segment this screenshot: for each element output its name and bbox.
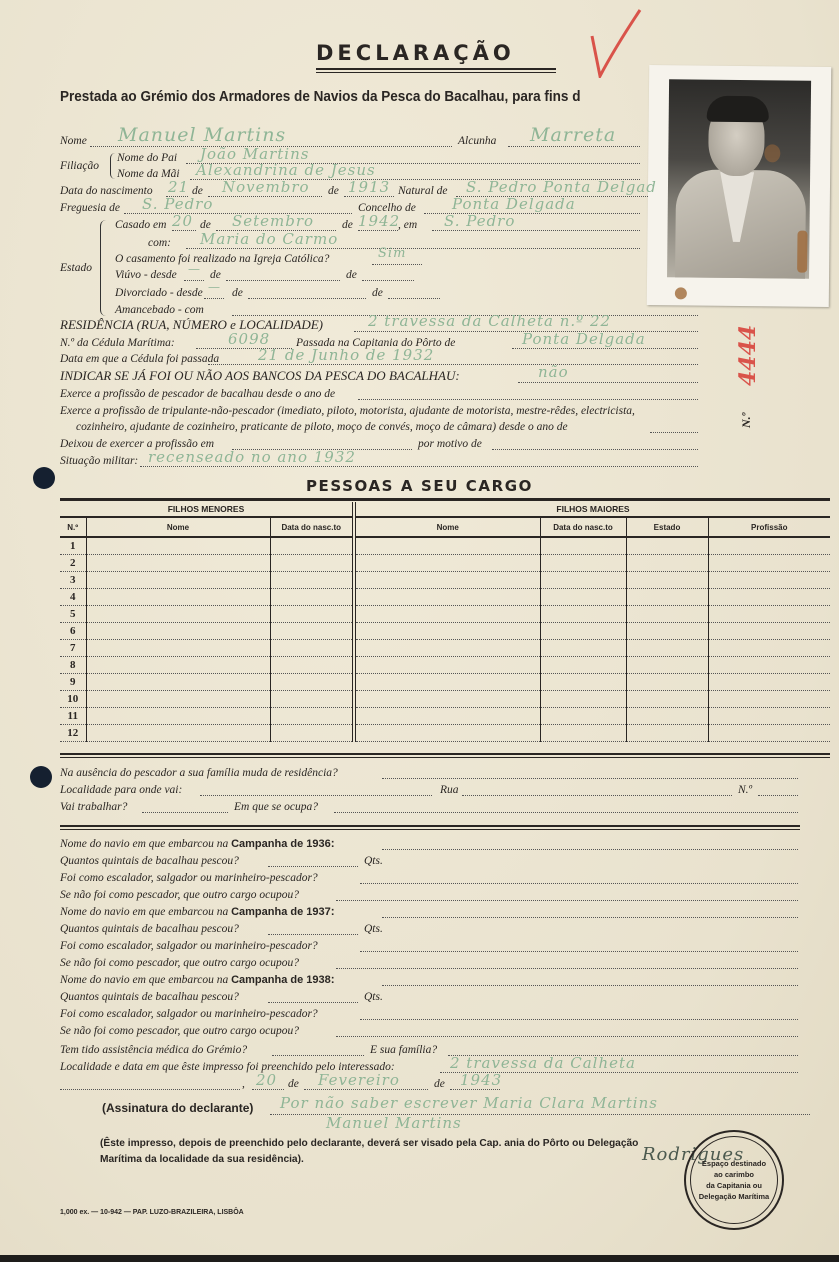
cedula-label: N.º da Cédula Marítima:	[60, 336, 175, 352]
table-cell[interactable]	[270, 571, 354, 588]
col-nome-maiores: Nome	[354, 517, 540, 537]
table-cell[interactable]	[540, 724, 626, 741]
row-number: 2	[60, 554, 86, 571]
register-number-value: 4444	[735, 325, 761, 386]
register-number: N.º 4444	[735, 310, 765, 430]
outro-cargo-label: Se não foi como pescador, que outro carg…	[60, 956, 299, 972]
quintais-label: Quantos quintais de bacalhau pescou?	[60, 990, 239, 1006]
igreja-value[interactable]: Sim	[378, 246, 406, 261]
table-row: 6	[60, 622, 830, 639]
table-row: 2	[60, 554, 830, 571]
alcunha-value[interactable]: Marreta	[530, 124, 616, 146]
table-row: 9	[60, 673, 830, 690]
quintais-field[interactable]	[268, 1002, 358, 1003]
data-year[interactable]: 1943	[460, 1071, 502, 1089]
outro-cargo-field[interactable]	[336, 1036, 798, 1037]
table-cell[interactable]	[86, 605, 270, 622]
quintais-field[interactable]	[268, 866, 358, 867]
row-number: 3	[60, 571, 86, 588]
table-cell[interactable]	[86, 656, 270, 673]
casado-label: Casado em	[115, 218, 166, 234]
table-cell[interactable]	[354, 707, 540, 724]
outro-cargo-field[interactable]	[336, 900, 798, 901]
table-cell[interactable]	[86, 639, 270, 656]
table-row: 1	[60, 537, 830, 554]
data-day[interactable]: 20	[256, 1071, 277, 1089]
table-cell[interactable]	[708, 605, 830, 622]
table-cell[interactable]	[708, 707, 830, 724]
table-cell[interactable]	[626, 707, 708, 724]
table-row: 3	[60, 571, 830, 588]
escalador-label: Foi como escalador, salgador ou marinhei…	[60, 939, 318, 955]
assinatura-label: (Assinatura do declarante)	[102, 1101, 253, 1117]
table-cell[interactable]	[270, 724, 354, 741]
nome-label: Nome	[60, 134, 87, 150]
table-cell[interactable]	[354, 537, 540, 554]
table-cell[interactable]	[626, 588, 708, 605]
escalador-label: Foi como escalador, salgador ou marinhei…	[60, 1007, 318, 1023]
estado-label: Estado	[60, 261, 92, 277]
escalador-field[interactable]	[360, 951, 798, 952]
table-cell[interactable]	[270, 639, 354, 656]
data-cedula-value[interactable]: 21 de Junho de 1932	[258, 346, 434, 364]
table-cell[interactable]	[86, 622, 270, 639]
assistencia-label: Tem tido assistência médica do Grémio?	[60, 1043, 247, 1059]
table-row: 4	[60, 588, 830, 605]
militar-value[interactable]: recenseado no ano 1932	[148, 448, 356, 466]
row-number: 11	[60, 707, 86, 724]
table-cell[interactable]	[270, 707, 354, 724]
escalador-label: Foi como escalador, salgador ou marinhei…	[60, 871, 318, 887]
outro-cargo-label: Se não foi como pescador, que outro carg…	[60, 888, 299, 904]
row-number: 5	[60, 605, 86, 622]
casado-month[interactable]: Setembro	[232, 212, 314, 230]
quintais-label: Quantos quintais de bacalhau pescou?	[60, 854, 239, 870]
table-cell[interactable]	[540, 639, 626, 656]
table-cell[interactable]	[708, 571, 830, 588]
natural-label: Natural de	[398, 184, 448, 200]
residencia-label: RESIDÊNCIA (RUA, NÚMERO e LOCALIDADE)	[60, 318, 323, 334]
pai-label: Nome do Pai	[117, 151, 177, 167]
red-check-mark-icon	[586, 6, 646, 78]
navio-label: Nome do navio em que embarcou na Campanh…	[60, 837, 335, 853]
militar-label: Situação militar:	[60, 454, 138, 470]
navio-label: Nome do navio em que embarcou na Campanh…	[60, 905, 335, 921]
table-cell[interactable]	[626, 724, 708, 741]
concelho-value[interactable]: Ponta Delgada	[452, 195, 576, 213]
bancos-label: INDICAR SE JÁ FOI OU NÃO AOS BANCOS DA P…	[60, 369, 460, 385]
table-cell[interactable]	[354, 588, 540, 605]
table-cell[interactable]	[626, 571, 708, 588]
mae-value[interactable]: Alexandrina de Jesus	[196, 161, 376, 179]
table-cell[interactable]	[540, 605, 626, 622]
table-cell[interactable]	[540, 537, 626, 554]
table-cell[interactable]	[540, 707, 626, 724]
table-cell[interactable]	[86, 571, 270, 588]
table-cell[interactable]	[540, 554, 626, 571]
table-cell[interactable]	[626, 639, 708, 656]
table-cell[interactable]	[270, 554, 354, 571]
table-cell[interactable]	[354, 724, 540, 741]
row-number: 1	[60, 537, 86, 554]
viuvo-label: Viúvo - desde	[115, 268, 177, 284]
localidade-label: Localidade para onde vai:	[60, 783, 182, 799]
row-number: 12	[60, 724, 86, 741]
table-cell[interactable]	[354, 554, 540, 571]
dependents-table: FILHOS MENORES FILHOS MAIORES N.º Nome D…	[60, 502, 830, 742]
table-cell[interactable]	[626, 605, 708, 622]
table-cell[interactable]	[270, 656, 354, 673]
escalador-field[interactable]	[360, 883, 798, 884]
freguesia-value[interactable]: S. Pedro	[142, 195, 213, 213]
declaration-form: DECLARAÇÃO Prestada ao Grémio dos Armado…	[0, 0, 839, 1255]
table-row: 10	[60, 690, 830, 707]
col-data-menores: Data do nasc.to	[270, 517, 354, 537]
row-number: 9	[60, 673, 86, 690]
section-title-cargo: PESSOAS A SEU CARGO	[0, 477, 839, 495]
table-cell[interactable]	[708, 724, 830, 741]
freguesia-label: Freguesia de	[60, 201, 120, 217]
nasc-year[interactable]: 1913	[348, 178, 390, 196]
outro-cargo-field[interactable]	[336, 968, 798, 969]
table-cell[interactable]	[86, 537, 270, 554]
table-cell[interactable]	[540, 588, 626, 605]
table-cell[interactable]	[354, 622, 540, 639]
table-cell[interactable]	[708, 639, 830, 656]
table-cell[interactable]	[86, 588, 270, 605]
table-row: 12	[60, 724, 830, 741]
filiacao-label: Filiação	[60, 159, 99, 175]
col-estado: Estado	[626, 517, 708, 537]
table-cell[interactable]	[86, 707, 270, 724]
data-cedula-label: Data em que a Cédula foi passada	[60, 352, 219, 368]
residencia-value[interactable]: 2 travessa da Calheta n.º 22	[368, 312, 611, 330]
table-cell[interactable]	[540, 656, 626, 673]
table-cell[interactable]	[540, 571, 626, 588]
row-number: 7	[60, 639, 86, 656]
footnote: (Êste impresso, depois de preenchido pel…	[100, 1136, 660, 1168]
divorciado-label: Divorciado - desde	[115, 286, 203, 302]
table-cell[interactable]	[708, 554, 830, 571]
row-number: 10	[60, 690, 86, 707]
punch-hole	[30, 766, 52, 788]
printer-imprint: 1,000 ex. — 10-942 — PAP. LUZO-BRAZILEIR…	[60, 1209, 244, 1216]
quintais-field[interactable]	[268, 934, 358, 935]
navio-field[interactable]	[382, 985, 798, 986]
page-title: DECLARAÇÃO	[316, 41, 515, 65]
header-filhos-maiores: FILHOS MAIORES	[354, 502, 830, 517]
table-cell[interactable]	[270, 588, 354, 605]
muda-label: Na ausência do pescador a sua família mu…	[60, 766, 338, 782]
table-cell[interactable]	[354, 656, 540, 673]
data-month[interactable]: Fevereiro	[318, 1071, 400, 1089]
alcunha-label: Alcunha	[458, 134, 496, 150]
assinatura-value[interactable]: Por não saber escrever Maria Clara Marti…	[280, 1094, 658, 1112]
table-cell[interactable]	[354, 571, 540, 588]
table-cell[interactable]	[708, 588, 830, 605]
table-cell[interactable]	[270, 605, 354, 622]
table-row: 8	[60, 656, 830, 673]
casado-day[interactable]: 20	[172, 212, 193, 230]
igreja-label: O casamento foi realizado na Igreja Cató…	[115, 252, 329, 268]
tripulante-label: Exerce a profissão de tripulante-não-pes…	[60, 404, 635, 420]
form-subtitle: Prestada ao Grémio dos Armadores de Navi…	[60, 89, 580, 105]
table-cell[interactable]	[708, 690, 830, 707]
col-numero: N.º	[60, 517, 86, 537]
natural-value[interactable]: S. Pedro Ponta Delgad	[466, 178, 657, 196]
table-cell[interactable]	[626, 673, 708, 690]
col-data-maiores: Data do nasc.to	[540, 517, 626, 537]
table-cell[interactable]	[270, 690, 354, 707]
nasc-day[interactable]: 21	[168, 178, 189, 196]
table-cell[interactable]	[354, 690, 540, 707]
casado-year[interactable]: 1942	[358, 212, 400, 230]
table-cell[interactable]	[86, 690, 270, 707]
pescador-label: Exerce a profissão de pescador de bacalh…	[60, 387, 335, 403]
table-cell[interactable]	[270, 622, 354, 639]
table-cell[interactable]	[540, 690, 626, 707]
row-number: 6	[60, 622, 86, 639]
table-cell[interactable]	[86, 554, 270, 571]
navio-label: Nome do navio em que embarcou na Campanh…	[60, 973, 335, 989]
table-cell[interactable]	[626, 537, 708, 554]
table-row: 11	[60, 707, 830, 724]
passada-value[interactable]: Ponta Delgada	[522, 330, 646, 348]
stamp-area: Espaço destinado ao carimbo da Capitania…	[684, 1130, 784, 1230]
scan-border	[0, 1255, 839, 1262]
table-cell[interactable]	[354, 605, 540, 622]
casado-place[interactable]: S. Pedro	[444, 212, 515, 230]
table-cell[interactable]	[708, 537, 830, 554]
table-cell[interactable]	[626, 690, 708, 707]
conjuge-value[interactable]: Maria do Carmo	[200, 230, 338, 248]
outro-cargo-label: Se não foi como pescador, que outro carg…	[60, 1024, 299, 1040]
title-underline	[316, 68, 556, 70]
table-row: 5	[60, 605, 830, 622]
trabalhar-label: Vai trabalhar?	[60, 800, 127, 816]
table-cell[interactable]	[270, 673, 354, 690]
table-cell[interactable]	[354, 639, 540, 656]
navio-field[interactable]	[382, 849, 798, 850]
table-cell[interactable]	[626, 656, 708, 673]
table-cell[interactable]	[270, 537, 354, 554]
table-cell[interactable]	[626, 622, 708, 639]
header-filhos-menores: FILHOS MENORES	[60, 502, 354, 517]
table-cell[interactable]	[86, 673, 270, 690]
navio-field[interactable]	[382, 917, 798, 918]
table-cell[interactable]	[354, 673, 540, 690]
table-row: 7	[60, 639, 830, 656]
table-cell[interactable]	[540, 673, 626, 690]
table-cell[interactable]	[708, 622, 830, 639]
portrait-photo	[647, 65, 832, 307]
col-nome-menores: Nome	[86, 517, 270, 537]
table-cell[interactable]	[86, 724, 270, 741]
localidade-data-value[interactable]: 2 travessa da Calheta	[450, 1054, 636, 1072]
nasc-label: Data do nascimento	[60, 184, 153, 200]
assinatura-nome: Manuel Martins	[326, 1114, 462, 1132]
title-underline-2	[316, 72, 556, 73]
nome-value[interactable]: Manuel Martins	[118, 124, 286, 146]
table-cell[interactable]	[708, 656, 830, 673]
com-label: com:	[148, 236, 171, 252]
row-number: 4	[60, 588, 86, 605]
table-cell[interactable]	[540, 622, 626, 639]
table-cell[interactable]	[708, 673, 830, 690]
bancos-value[interactable]: não	[538, 363, 569, 381]
nasc-month[interactable]: Novembro	[222, 178, 310, 196]
row-number: 8	[60, 656, 86, 673]
table-cell[interactable]	[626, 554, 708, 571]
col-profissao: Profissão	[708, 517, 830, 537]
escalador-field[interactable]	[360, 1019, 798, 1020]
quintais-label: Quantos quintais de bacalhau pescou?	[60, 922, 239, 938]
